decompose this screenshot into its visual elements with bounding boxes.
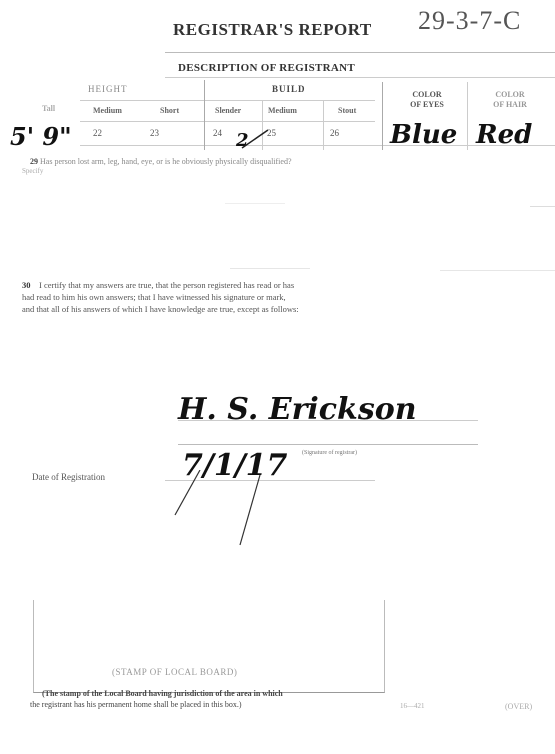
over-indicator: (OVER) [505,702,532,711]
handwritten-check-stroke [240,128,270,150]
serial-number: 29-3-7-C [418,6,521,36]
stamp-label: (STAMP OF LOCAL BOARD) [112,667,237,677]
question-30-line2: had read to him his own answers; that I … [22,291,552,303]
stamp-instructions: (The stamp of the Local Board having jur… [30,688,390,710]
height-group-label: HEIGHT [88,84,128,94]
col-number-23: 23 [150,128,159,138]
hair-color-header-line1: COLOR [470,90,550,100]
handwritten-date-strokes [170,470,270,550]
question-29-specify: Specify [22,167,43,175]
eye-color-header: COLOR OF EYES [387,90,467,110]
question-29: 29 Has person lost arm, leg, hand, eye, … [30,157,292,166]
hair-color-value: Red [476,120,532,150]
handwritten-height: 5' 9" [10,122,72,151]
stamp-note-line2: the registrant has his permanent home sh… [30,700,242,709]
col-header-stout: Stout [338,106,356,115]
signature-line [178,444,478,445]
hair-color-header-line2: OF HAIR [470,100,550,110]
question-30-number: 30 [22,280,31,290]
col-header-short: Short [160,106,179,115]
col-header-tall: Tall [42,104,55,113]
faint-rule-2 [530,206,555,207]
subtitle-rule [165,77,555,78]
col-header-height-medium: Medium [93,106,122,115]
question-30-line1: 30 I certify that my answers are true, t… [22,279,552,291]
registrar-signature: H. S. Erickson [178,392,417,427]
col-number-26: 26 [330,128,339,138]
hair-color-header: COLOR OF HAIR [470,90,550,110]
faint-rule-1 [225,203,285,204]
stamp-note-line1: (The stamp of the Local Board having jur… [30,688,390,699]
signature-caption: (Signature of registrar) [302,450,357,456]
faint-rule-4 [440,270,555,271]
date-of-registration-label: Date of Registration [32,472,105,482]
col-header-build-medium: Medium [268,106,297,115]
table-divider-4 [382,82,383,150]
eye-color-value: Blue [390,120,457,150]
eye-color-header-line2: OF EYES [387,100,467,110]
table-rule-2 [80,121,375,122]
question-29-text: Has person lost arm, leg, hand, eye, or … [40,157,292,166]
question-30: 30 I certify that my answers are true, t… [22,279,552,315]
table-divider-5 [467,82,468,150]
question-30-line3: and that all of his answers of which I h… [22,303,552,315]
question-29-number: 29 [30,157,38,166]
form-number: 16—421 [400,702,425,710]
col-number-24: 24 [213,128,222,138]
section-subtitle: DESCRIPTION OF REGISTRANT [178,62,355,74]
col-header-slender: Slender [215,106,241,115]
question-30-line1-text: I certify that my answers are true, that… [39,280,294,290]
faint-rule-3 [230,268,310,269]
local-board-stamp-box [33,600,385,693]
table-divider-3 [323,100,324,150]
build-group-label: BUILD [272,84,306,94]
report-title: REGISTRAR'S REPORT [173,20,372,40]
eye-color-header-line1: COLOR [387,90,467,100]
table-divider-1 [204,80,205,150]
title-rule [165,52,555,53]
table-rule-1 [80,100,375,101]
col-number-22: 22 [93,128,102,138]
